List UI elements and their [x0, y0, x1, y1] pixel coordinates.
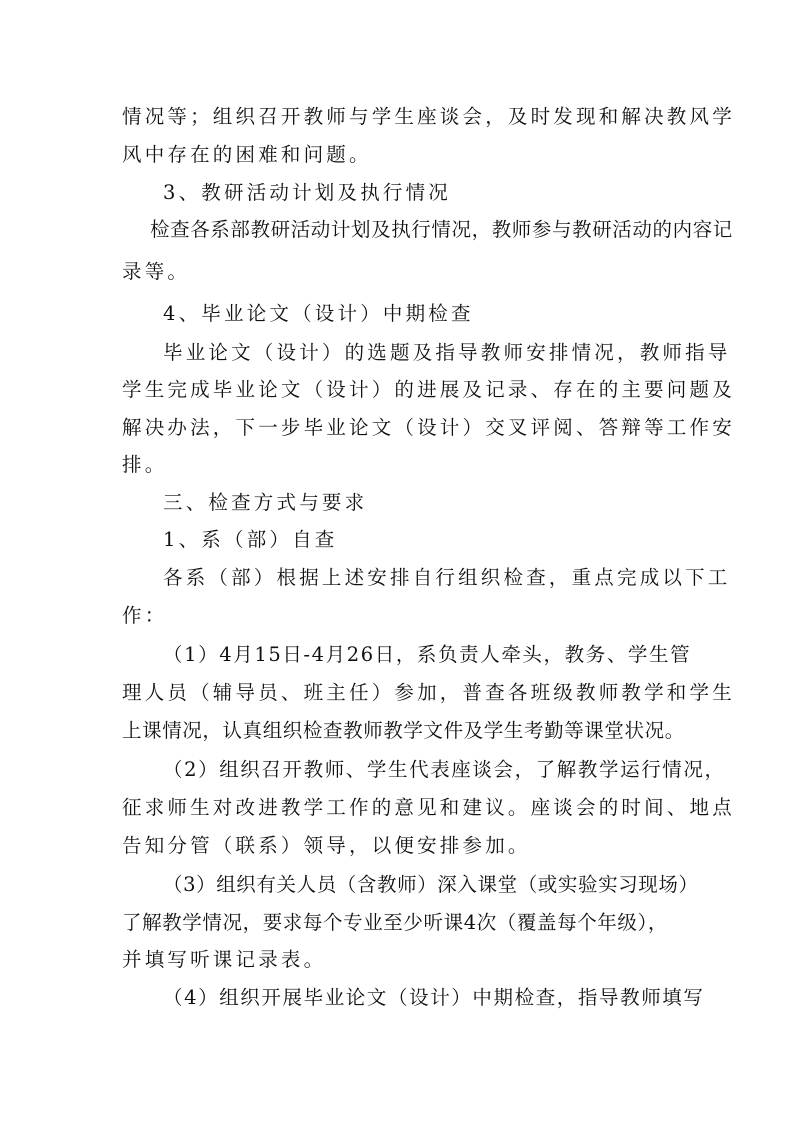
paragraph-line: 征求师生对改进教学工作的意见和建议。座谈会的时间、地点 — [122, 796, 704, 820]
paragraph-line: （4）组织开展毕业论文（设计）中期检查，指导教师填写 — [163, 986, 704, 1010]
section-heading: 3、教研活动计划及执行情况 — [163, 181, 704, 205]
paragraph-line: 检查各系部教研活动计划及执行情况，教师参与教研活动的内容记 — [150, 218, 704, 242]
paragraph-line: 毕业论文（设计）的选题及指导教师安排情况，教师指导 — [163, 341, 704, 365]
paragraph-line: 了解教学情况，要求每个专业至少听课4次（覆盖每个年级）， — [122, 911, 704, 935]
paragraph-line: 并填写听课记录表。 — [122, 948, 704, 972]
paragraph-line: 排。 — [122, 453, 704, 477]
paragraph-line: （3）组织有关人员（含教师）深入课堂（或实验实习现场） — [163, 873, 704, 897]
section-heading: 4、毕业论文（设计）中期检查 — [163, 302, 704, 326]
paragraph-line: 情况等；组织召开教师与学生座谈会，及时发现和解决教风学 — [122, 105, 704, 129]
paragraph-line: 告知分管（联系）领导，以便安排参加。 — [122, 834, 704, 858]
paragraph-line: 各系（部）根据上述安排自行组织检查，重点完成以下工 — [163, 566, 704, 590]
paragraph-line: 风中存在的困难和问题。 — [122, 143, 704, 167]
document-page: 情况等；组织召开教师与学生座谈会，及时发现和解决教风学 风中存在的困难和问题。 … — [0, 0, 793, 1122]
paragraph-line: 解决办法，下一步毕业论文（设计）交叉评阅、答辩等工作安 — [122, 416, 704, 440]
paragraph-line: （1）4月15日-4月26日，系负责人牵头，教务、学生管 — [163, 643, 704, 667]
section-heading: 1、系（部）自查 — [163, 528, 704, 552]
paragraph-line: （2）组织召开教师、学生代表座谈会，了解教学运行情况， — [163, 758, 704, 782]
paragraph-line: 学生完成毕业论文（设计）的进展及记录、存在的主要问题及 — [122, 378, 704, 402]
paragraph-line: 上课情况，认真组织检查教师教学文件及学生考勤等课堂状况。 — [122, 719, 704, 743]
section-heading: 三、检查方式与要求 — [163, 491, 704, 515]
paragraph-line: 录等。 — [122, 260, 704, 284]
paragraph-line: 理人员（辅导员、班主任）参加，普查各班级教师教学和学生 — [122, 681, 704, 705]
paragraph-line: 作： — [122, 604, 704, 628]
